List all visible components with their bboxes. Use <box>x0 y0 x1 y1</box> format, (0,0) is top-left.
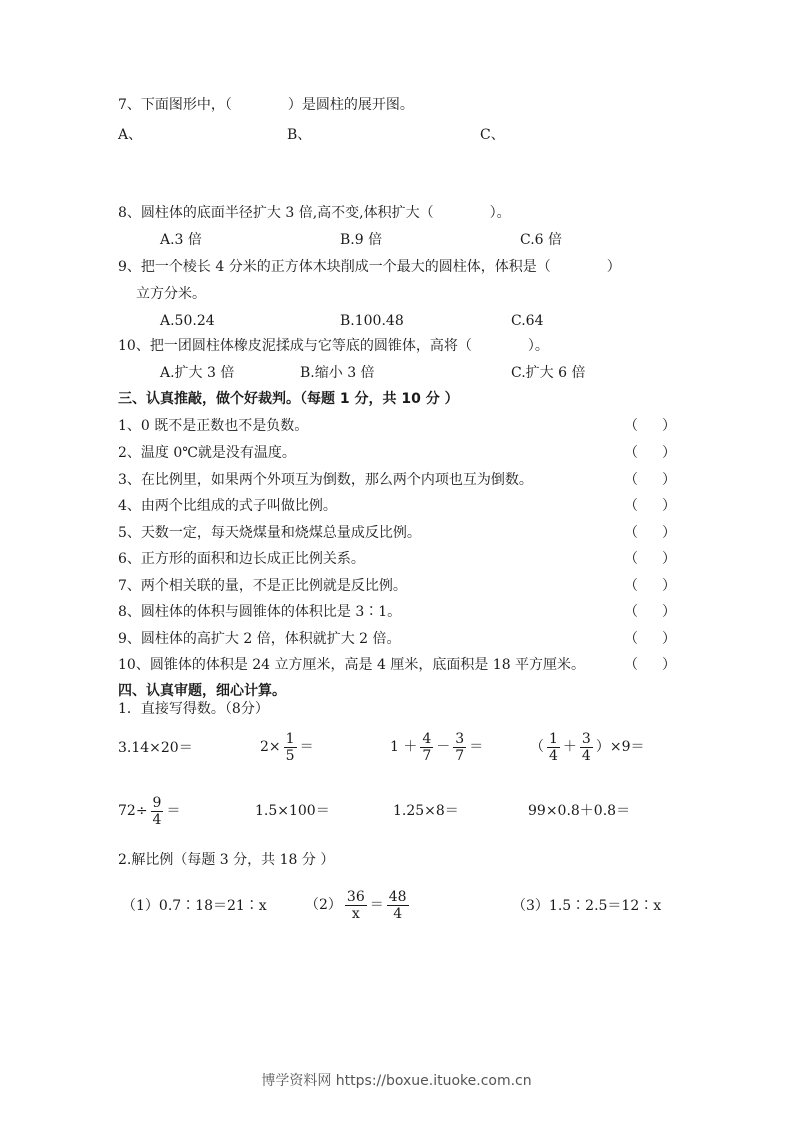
answer-bracket-close-8: ） <box>662 603 676 621</box>
judgment-item-1: 1、0 既不是正数也不是负数。 <box>118 417 308 435</box>
answer-bracket-close-2: ） <box>662 444 676 462</box>
judgment-item-6: 6、正方形的面积和边长成正比例关系。 <box>118 550 365 568</box>
answer-bracket-close-7: ） <box>662 577 676 595</box>
calc-part2-title: 2.解比例（每题 3 分，共 18 分 ） <box>118 851 334 869</box>
judgment-item-4: 4、由两个比组成的式子叫做比例。 <box>118 497 337 515</box>
expr-text: ＝ <box>166 803 180 819</box>
q7-option-b: B、 <box>287 126 311 144</box>
denominator: 4 <box>391 906 404 922</box>
calc-expr-2: 2×15＝ <box>260 729 314 765</box>
q8-option-b: B.9 倍 <box>340 231 382 249</box>
calc-expr-1: 3.14×20＝ <box>118 739 193 757</box>
calc-expr-3: 1 ＋47－37＝ <box>390 729 483 765</box>
expr-text: 72÷ <box>118 803 148 819</box>
q10-stem: 10、把一团圆柱体橡皮泥揉成与它等底的圆锥体，高将（ ）。 <box>118 337 549 355</box>
answer-bracket-close-1: ） <box>662 417 676 435</box>
calc-expr-8: 99×0.8＋0.8＝ <box>528 802 630 820</box>
q9-option-b: B.100.48 <box>340 312 404 330</box>
judgment-item-10: 10、圆锥体的体积是 24 立方厘米，高是 4 厘米，底面积是 18 平方厘米。 <box>118 656 585 674</box>
answer-bracket-open-6: （ <box>624 550 638 568</box>
answer-bracket-close-10: ） <box>662 656 676 674</box>
proportion-3: （3）1.5∶2.5＝12∶x <box>512 897 661 915</box>
q8-stem: 8、圆柱体的底面半径扩大 3 倍,高不变,体积扩大（ ）。 <box>118 204 511 222</box>
answer-bracket-open-1: （ <box>624 417 638 435</box>
expr-text: － <box>436 739 450 755</box>
answer-bracket-open-7: （ <box>624 577 638 595</box>
fraction: 484 <box>387 889 409 922</box>
denominator: x <box>350 906 362 922</box>
expr-text: （ <box>530 739 544 755</box>
fraction: 15 <box>284 731 297 764</box>
proportion-1: （1）0.7∶18＝21∶x <box>122 897 267 915</box>
numerator: 36 <box>345 889 367 906</box>
q10-option-a: A.扩大 3 倍 <box>160 364 234 382</box>
answer-bracket-close-3: ） <box>662 471 676 489</box>
answer-bracket-close-4: ） <box>662 497 676 515</box>
answer-bracket-close-5: ） <box>662 524 676 542</box>
numerator: 1 <box>284 731 297 748</box>
judgment-item-2: 2、温度 0℃就是没有温度。 <box>118 444 296 462</box>
judgment-item-9: 9、圆柱体的高扩大 2 倍，体积就扩大 2 倍。 <box>118 630 401 648</box>
expr-text: ＝ <box>300 739 314 755</box>
expr-text: （2） <box>305 897 342 913</box>
answer-bracket-close-9: ） <box>662 630 676 648</box>
answer-bracket-open-2: （ <box>624 444 638 462</box>
numerator: 1 <box>547 731 560 748</box>
denominator: 7 <box>420 748 433 764</box>
judgment-item-3: 3、在比例里，如果两个外项互为倒数，那么两个内项也互为倒数。 <box>118 471 533 489</box>
expr-text: ）×9＝ <box>596 739 645 755</box>
expr-text: 1 ＋ <box>390 739 417 755</box>
answer-bracket-open-10: （ <box>624 656 638 674</box>
expr-text: ＝ <box>370 897 384 913</box>
section4-title: 四、认真审题，细心计算。 <box>118 682 286 700</box>
fraction: 36x <box>345 889 367 922</box>
answer-bracket-close-6: ） <box>662 550 676 568</box>
q9-stem-continued: 立方分米。 <box>136 285 206 303</box>
proportion-2: （2）36x＝484 <box>305 887 412 923</box>
calc-expr-7: 1.25×8＝ <box>393 802 459 820</box>
q7-stem: 7、下面图形中，（ ）是圆柱的展开图。 <box>118 96 414 114</box>
q8-option-a: A.3 倍 <box>160 231 202 249</box>
answer-bracket-open-4: （ <box>624 497 638 515</box>
denominator: 4 <box>151 812 164 828</box>
answer-bracket-open-3: （ <box>624 471 638 489</box>
footer-watermark: 博学资料网 https://boxue.ituoke.com.cn <box>0 1070 793 1090</box>
judgment-item-8: 8、圆柱体的体积与圆锥体的体积比是 3∶1。 <box>118 603 401 621</box>
numerator: 3 <box>580 731 593 748</box>
answer-bracket-open-5: （ <box>624 524 638 542</box>
denominator: 4 <box>580 748 593 764</box>
calc-expr-5: 72÷94＝ <box>118 793 180 829</box>
numerator: 3 <box>453 731 466 748</box>
q9-option-c: C.64 <box>511 312 543 330</box>
q9-option-a: A.50.24 <box>160 312 215 330</box>
numerator: 9 <box>151 795 164 812</box>
q9-stem: 9、把一个棱长 4 分米的正方体木块削成一个最大的圆柱体，体积是（ ） <box>118 258 621 276</box>
denominator: 5 <box>284 748 297 764</box>
expr-text: ＝ <box>469 739 483 755</box>
fraction: 47 <box>420 731 433 764</box>
calc-expr-6: 1.5×100＝ <box>255 802 330 820</box>
denominator: 4 <box>547 748 560 764</box>
q7-option-a: A、 <box>118 126 142 144</box>
denominator: 7 <box>453 748 466 764</box>
numerator: 4 <box>420 731 433 748</box>
q8-option-c: C.6 倍 <box>520 231 562 249</box>
calc-expr-4: （14＋34）×9＝ <box>530 729 644 765</box>
fraction: 34 <box>580 731 593 764</box>
fraction: 14 <box>547 731 560 764</box>
answer-bracket-open-9: （ <box>624 630 638 648</box>
judgment-item-7: 7、两个相关联的量，不是正比例就是反比例。 <box>118 577 407 595</box>
numerator: 48 <box>387 889 409 906</box>
q10-option-c: C.扩大 6 倍 <box>511 364 585 382</box>
fraction: 37 <box>453 731 466 764</box>
fraction: 94 <box>151 795 164 828</box>
expr-text: ＋ <box>563 739 577 755</box>
q7-option-c: C、 <box>480 126 505 144</box>
answer-bracket-open-8: （ <box>624 603 638 621</box>
calc-part1-title: 1．直接写得数。（8分） <box>118 700 269 718</box>
q10-option-b: B.缩小 3 倍 <box>300 364 375 382</box>
expr-text: 2× <box>260 739 281 755</box>
judgment-item-5: 5、天数一定，每天烧煤量和烧煤总量成反比例。 <box>118 524 421 542</box>
section3-title: 三、认真推敲，做个好裁判。（每题 1 分，共 10 分 ） <box>118 390 459 408</box>
